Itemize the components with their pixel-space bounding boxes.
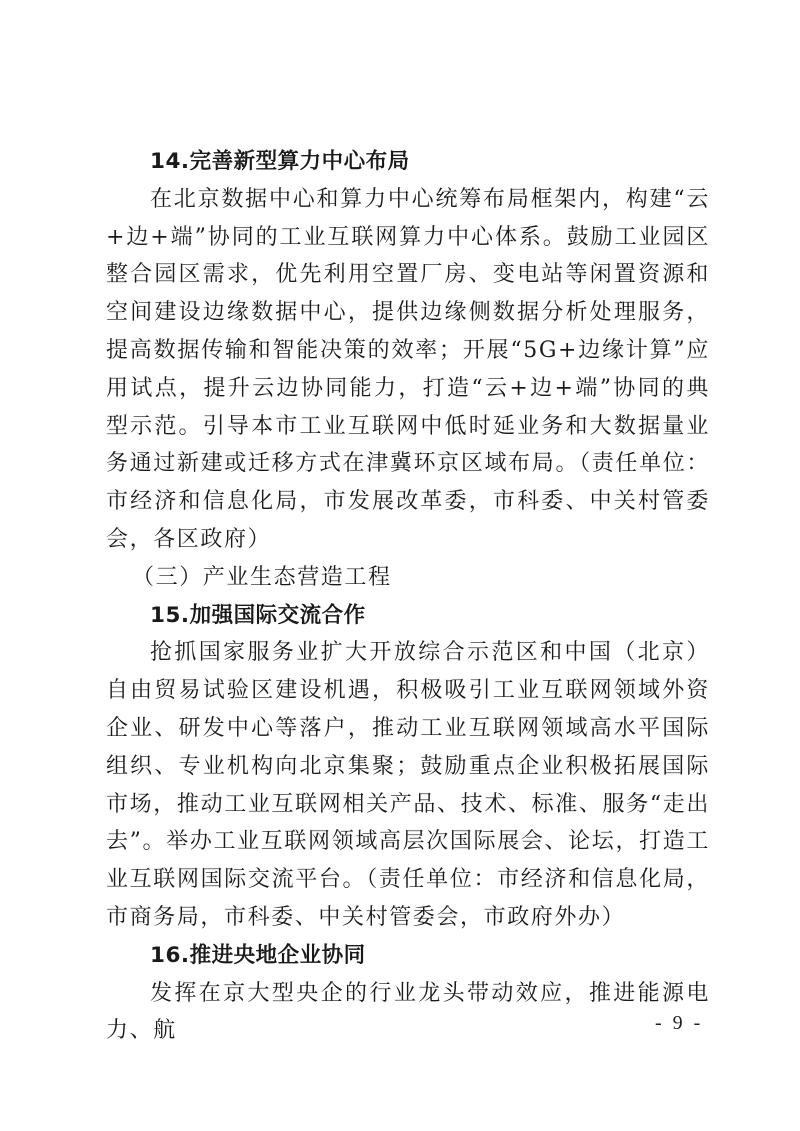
heading-15-international-exchange: 15.加强国际交流合作: [106, 597, 710, 635]
paragraph-computing-center: 在北京数据中心和算力中心统筹布局框架内，构建“云+边+端”协同的工业互联网算力中…: [106, 181, 710, 559]
paragraph-central-local-synergy: 发挥在京大型央企的行业龙头带动效应，推进能源电力、航: [106, 975, 710, 1051]
heading-16-central-local-synergy: 16.推进央地企业协同: [106, 937, 710, 975]
heading-14-new-computing-center: 14.完善新型算力中心布局: [106, 143, 710, 181]
page-number: - 9 -: [655, 1012, 703, 1035]
document-page: 14.完善新型算力中心布局 在北京数据中心和算力中心统筹布局框架内，构建“云+边…: [106, 143, 710, 1050]
section-title-industry-ecosystem: （三）产业生态营造工程: [106, 559, 710, 597]
paragraph-international-exchange: 抢抓国家服务业扩大开放综合示范区和中国（北京）自由贸易试验区建设机遇，积极吸引工…: [106, 634, 710, 936]
